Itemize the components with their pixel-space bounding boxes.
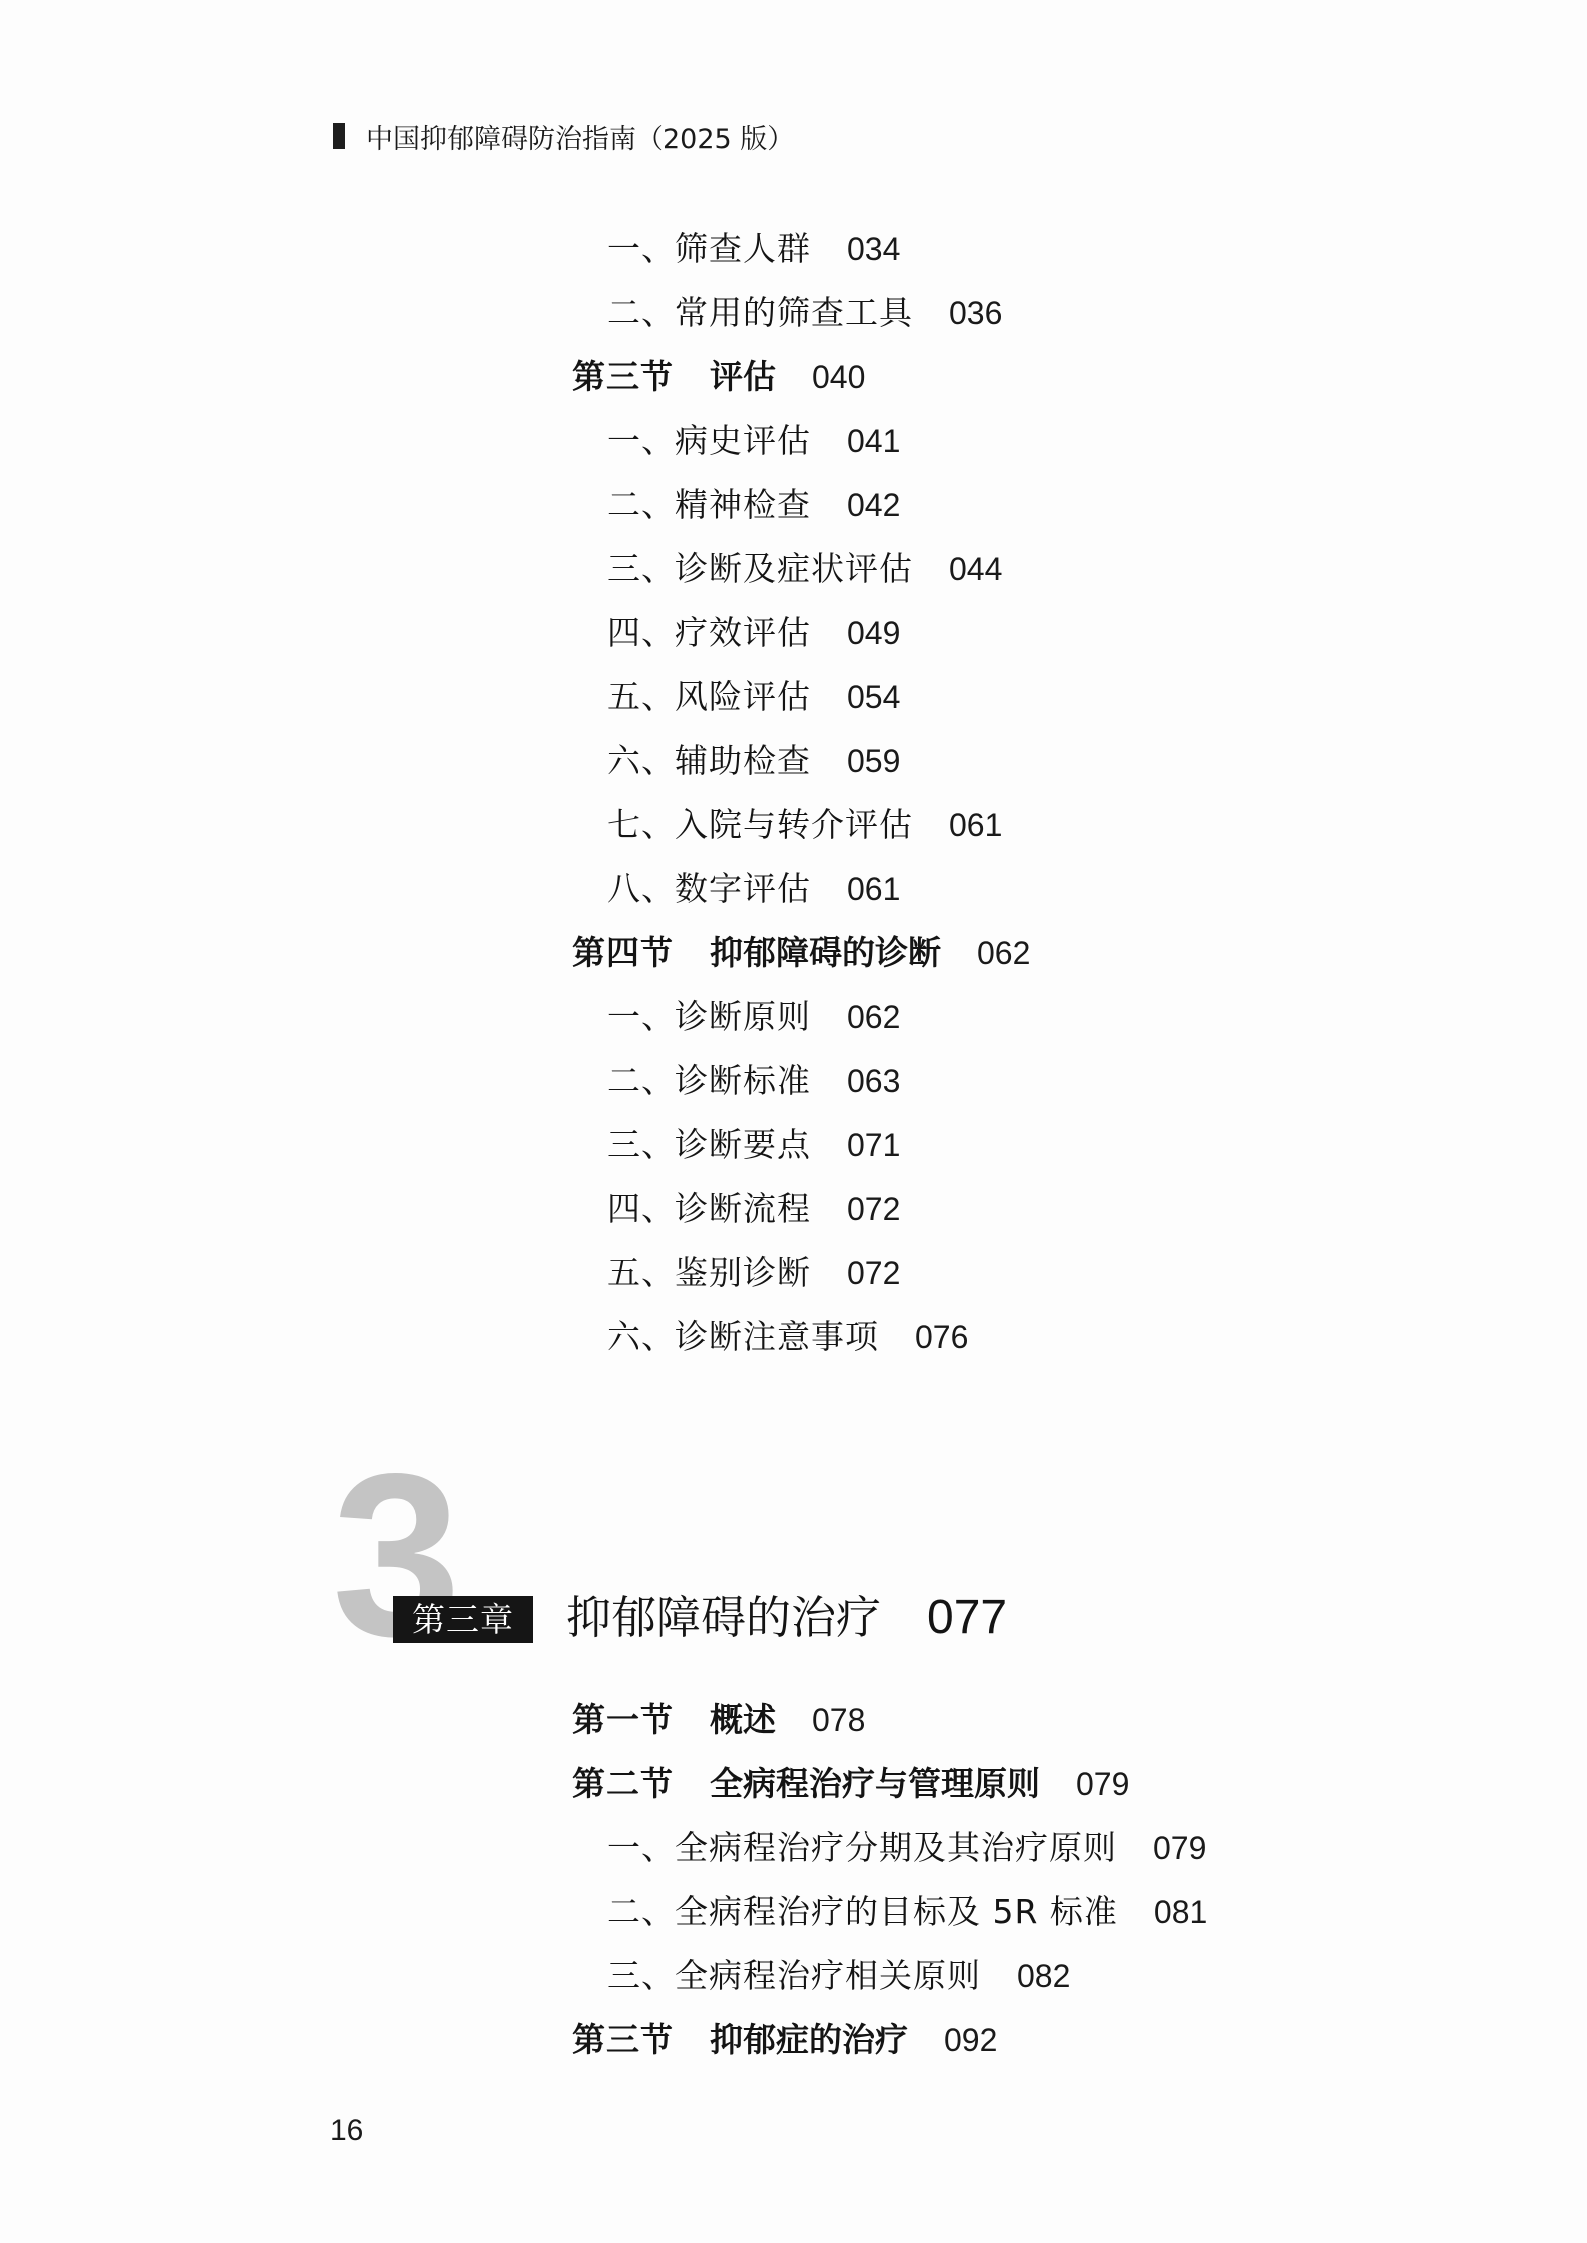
toc-entry-label: 三、诊断及症状评估 (607, 549, 913, 588)
toc-section-title: 评估 (710, 357, 776, 396)
toc-entry-label: 一、筛查人群 (607, 229, 811, 268)
toc-section-label: 第三节 (572, 357, 674, 396)
toc-entry-page: 063 (847, 1063, 900, 1099)
toc-entry[interactable]: 四、诊断流程072 (607, 1189, 900, 1229)
toc-section-page: 078 (812, 1702, 865, 1738)
toc-section-title: 抑郁障碍的诊断 (710, 933, 941, 972)
toc-entry-page: 034 (847, 231, 900, 267)
toc-entry[interactable]: 二、诊断标准063 (607, 1061, 900, 1101)
toc-entry-label: 七、入院与转介评估 (607, 805, 913, 844)
toc-entry[interactable]: 三、诊断及症状评估044 (607, 549, 1002, 589)
toc-entry-label: 二、常用的筛查工具 (607, 293, 913, 332)
toc-entry-page: 044 (949, 551, 1002, 587)
toc-entry-page: 062 (847, 999, 900, 1035)
toc-section-label: 第二节 (572, 1764, 674, 1803)
toc-entry[interactable]: 六、诊断注意事项076 (607, 1317, 968, 1357)
chapter-title-line: 抑郁障碍的治疗077 (566, 1590, 1007, 1646)
toc-section[interactable]: 第三节评估040 (572, 357, 865, 397)
toc-section[interactable]: 第四节抑郁障碍的诊断062 (572, 933, 1030, 973)
toc-entry-page: 071 (847, 1127, 900, 1163)
toc-entry-label: 四、疗效评估 (607, 613, 811, 652)
chapter-page: 077 (927, 1591, 1007, 1644)
toc-entry-label: 一、病史评估 (607, 421, 811, 460)
toc-entry-page: 059 (847, 743, 900, 779)
toc-entry-page: 061 (847, 871, 900, 907)
toc-entry-label: 五、鉴别诊断 (607, 1253, 811, 1292)
page-number: 16 (330, 2114, 363, 2148)
running-header: 中国抑郁障碍防治指南（2025 版） (333, 118, 794, 154)
toc-entry[interactable]: 七、入院与转介评估061 (607, 805, 1002, 845)
toc-entry-page: 049 (847, 615, 900, 651)
toc-entry[interactable]: 三、诊断要点071 (607, 1125, 900, 1165)
toc-entry-label: 三、诊断要点 (607, 1125, 811, 1164)
toc-entry-page: 042 (847, 487, 900, 523)
toc-entry[interactable]: 一、诊断原则062 (607, 997, 900, 1037)
toc-section-page: 092 (944, 2022, 997, 2058)
book-title: 中国抑郁障碍防治指南（2025 版） (366, 117, 794, 156)
toc-entry-label: 一、诊断原则 (607, 997, 811, 1036)
toc-entry-label: 四、诊断流程 (607, 1189, 811, 1228)
toc-entry-label: 六、诊断注意事项 (607, 1317, 879, 1356)
chapter-badge: 第三章 (393, 1596, 533, 1643)
toc-entry-label: 五、风险评估 (607, 677, 811, 716)
toc-entry[interactable]: 二、精神检查042 (607, 485, 900, 525)
chapter-title: 抑郁障碍的治疗 (566, 1591, 881, 1644)
toc-entry-page: 061 (949, 807, 1002, 843)
toc-entry-page: 076 (915, 1319, 968, 1355)
toc-section[interactable]: 第一节概述078 (572, 1700, 865, 1740)
toc-section[interactable]: 第三节抑郁症的治疗092 (572, 2020, 997, 2060)
toc-entry-label: 二、诊断标准 (607, 1061, 811, 1100)
toc-entry[interactable]: 一、病史评估041 (607, 421, 900, 461)
toc-entry[interactable]: 四、疗效评估049 (607, 613, 900, 653)
toc-section[interactable]: 第二节全病程治疗与管理原则079 (572, 1764, 1129, 1804)
toc-section-title: 抑郁症的治疗 (710, 2020, 908, 2059)
toc-entry-page: 054 (847, 679, 900, 715)
toc-entry[interactable]: 二、全病程治疗的目标及 5R 标准081 (607, 1892, 1207, 1932)
toc-entry-label: 三、全病程治疗相关原则 (607, 1956, 981, 1995)
toc-section-label: 第一节 (572, 1700, 674, 1739)
toc-section-page: 040 (812, 359, 865, 395)
toc-section-page: 079 (1076, 1766, 1129, 1802)
toc-entry-label: 一、全病程治疗分期及其治疗原则 (607, 1828, 1117, 1867)
toc-entry-page: 072 (847, 1255, 900, 1291)
header-marker-bar (333, 123, 345, 149)
toc-section-title: 全病程治疗与管理原则 (710, 1764, 1040, 1803)
toc-entry-page: 081 (1154, 1894, 1207, 1930)
toc-entry[interactable]: 一、筛查人群034 (607, 229, 900, 269)
toc-entry[interactable]: 八、数字评估061 (607, 869, 900, 909)
toc-entry-page: 079 (1153, 1830, 1206, 1866)
toc-section-title: 概述 (710, 1700, 776, 1739)
toc-entry[interactable]: 三、全病程治疗相关原则082 (607, 1956, 1070, 1996)
toc-section-page: 062 (977, 935, 1030, 971)
toc-entry-page: 072 (847, 1191, 900, 1227)
toc-entry[interactable]: 五、鉴别诊断072 (607, 1253, 900, 1293)
toc-entry[interactable]: 五、风险评估054 (607, 677, 900, 717)
toc-entry[interactable]: 一、全病程治疗分期及其治疗原则079 (607, 1828, 1206, 1868)
toc-entry-page: 041 (847, 423, 900, 459)
toc-entry-page: 036 (949, 295, 1002, 331)
toc-entry-label: 二、全病程治疗的目标及 5R 标准 (607, 1892, 1118, 1931)
book-page: 中国抑郁障碍防治指南（2025 版） 一、筛查人群034 二、常用的筛查工具03… (0, 0, 1587, 2243)
toc-entry-label: 二、精神检查 (607, 485, 811, 524)
toc-section-label: 第三节 (572, 2020, 674, 2059)
toc-section-label: 第四节 (572, 933, 674, 972)
toc-entry-label: 八、数字评估 (607, 869, 811, 908)
toc-entry[interactable]: 六、辅助检查059 (607, 741, 900, 781)
toc-entry-label: 六、辅助检查 (607, 741, 811, 780)
toc-entry[interactable]: 二、常用的筛查工具036 (607, 293, 1002, 333)
toc-entry-page: 082 (1017, 1958, 1070, 1994)
